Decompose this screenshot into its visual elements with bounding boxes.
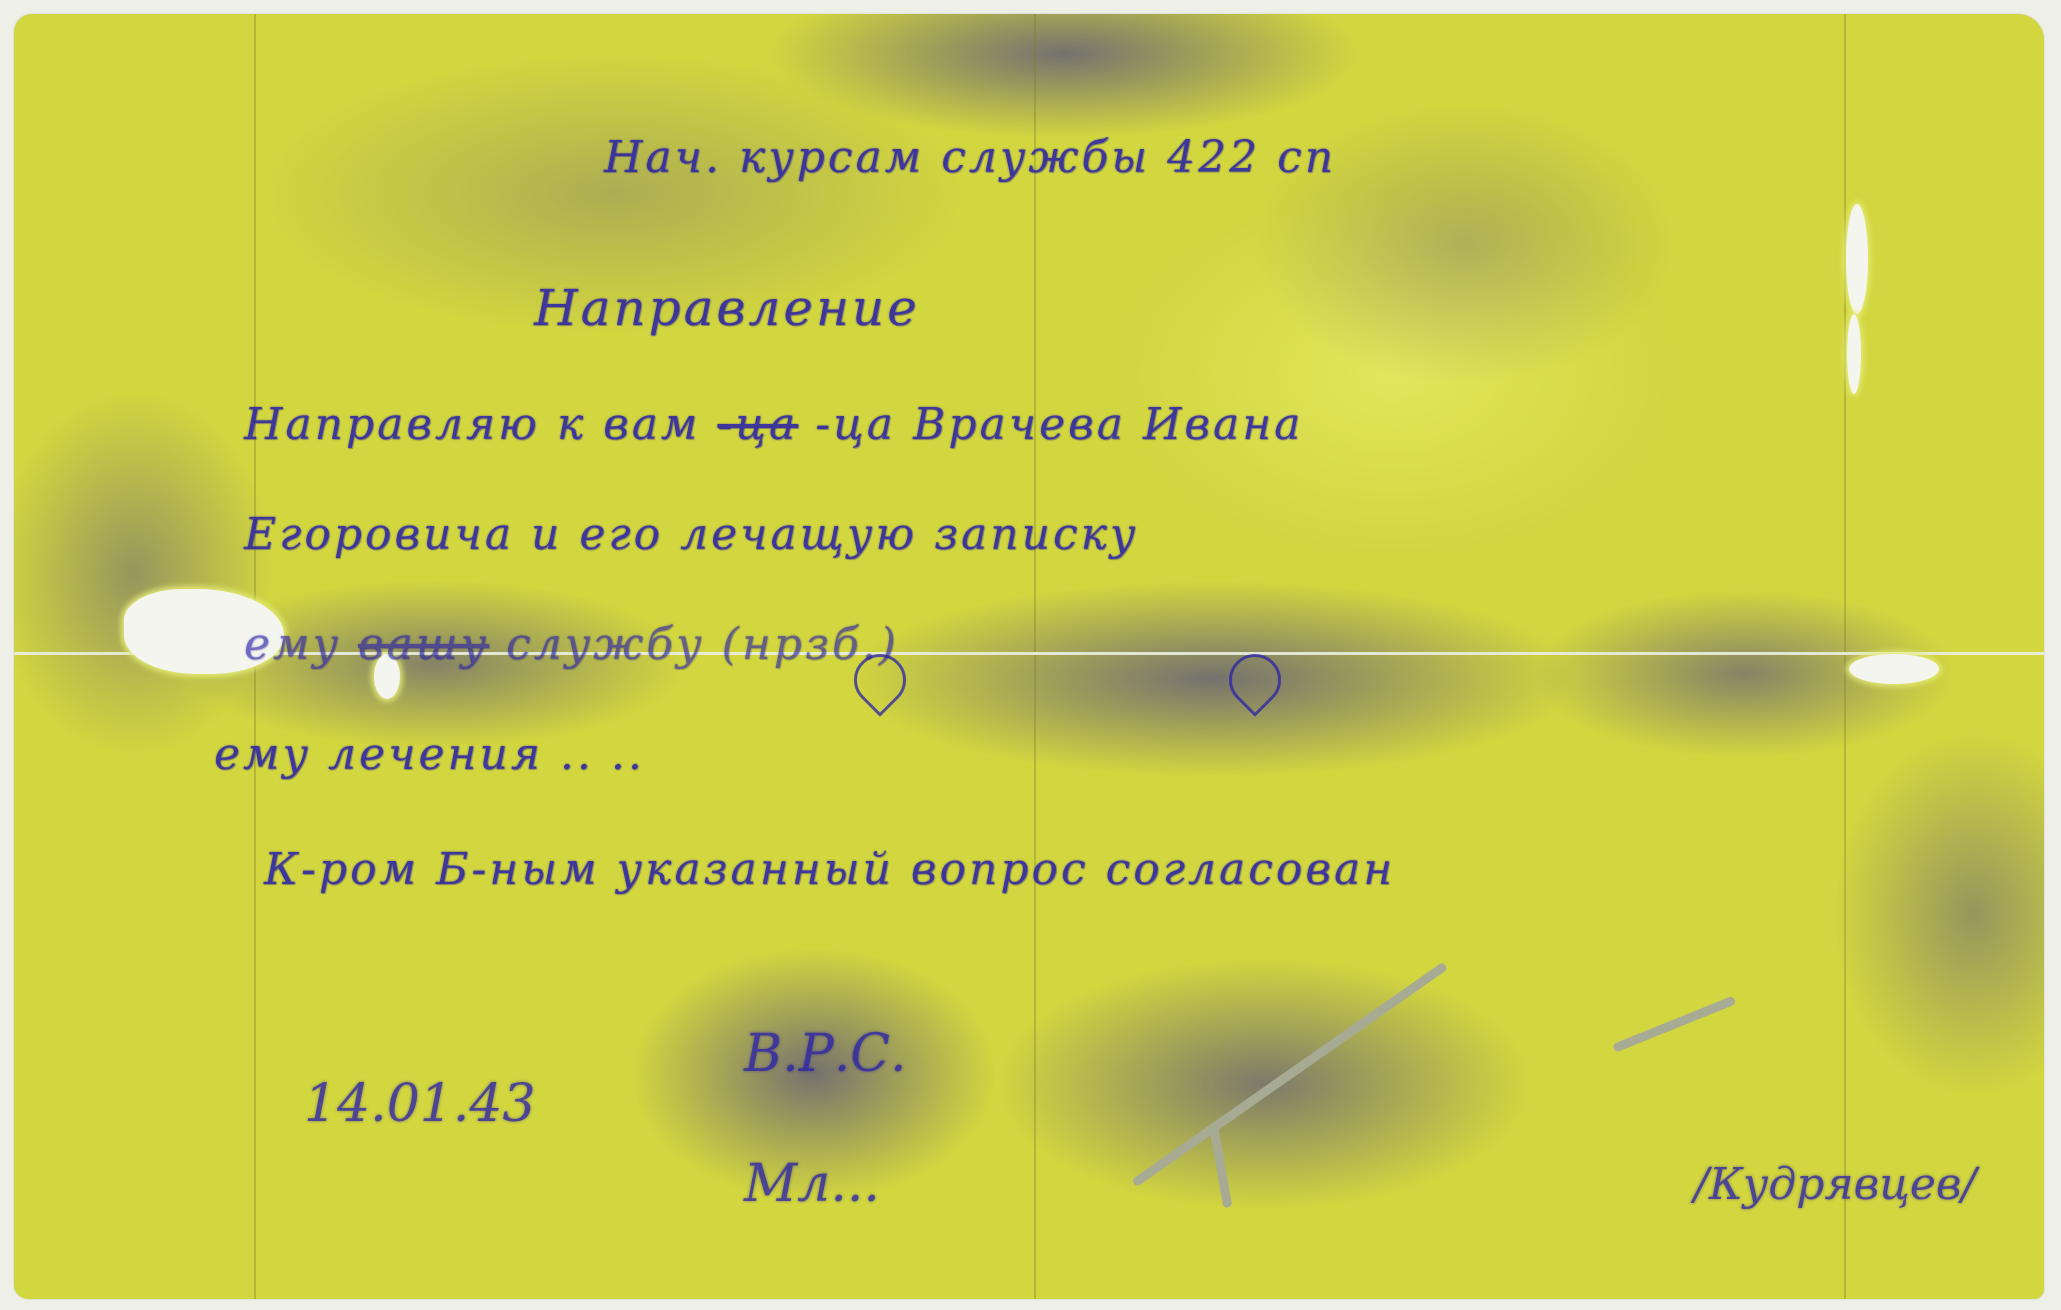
torn-hole [1847,314,1861,394]
body-line-1: Направляю к вам -ца -ца Врачева Ивана [244,399,1303,450]
signature-left-line-1: В.Р.С. [744,1024,907,1084]
document-title: Направление [534,279,920,337]
date: 14.01.43 [304,1074,536,1134]
crossed-out-text: вашу [358,619,489,670]
body-line-1-part-a: Направляю к вам [244,399,700,450]
torn-hole [1849,654,1939,684]
body-line-3-part-b: службу (нрзб.) [506,619,899,670]
paper-sheet: Нач. курсам службы 422 сп Направление На… [14,14,2044,1299]
pencil-mark [1612,996,1736,1053]
scanned-document: Нач. курсам службы 422 сп Направление На… [0,0,2061,1310]
crossed-out-text: -ца [717,399,798,450]
body-line-3: ему вашу службу (нрзб.) [244,619,899,670]
fold-line-vertical [1034,14,1036,1299]
body-line-2: Егоровича и его лечащую записку [244,509,1138,560]
torn-hole [1846,204,1868,314]
body-line-3-part-a: ему [244,619,341,670]
fold-line-vertical [1844,14,1846,1299]
pencil-mark [1131,962,1447,1187]
signature-right: /Кудрявцев/ [1694,1159,1976,1210]
body-line-5: К-ром Б-ным указанный вопрос согласован [264,844,1395,895]
header-line: Нач. курсам службы 422 сп [604,132,1336,183]
pencil-mark [1210,1128,1233,1208]
body-line-1-part-b: -ца Врачева Ивана [815,399,1303,450]
body-line-4: ему лечения .. .. [214,729,645,780]
signature-left-line-2: Мл... [744,1154,880,1214]
